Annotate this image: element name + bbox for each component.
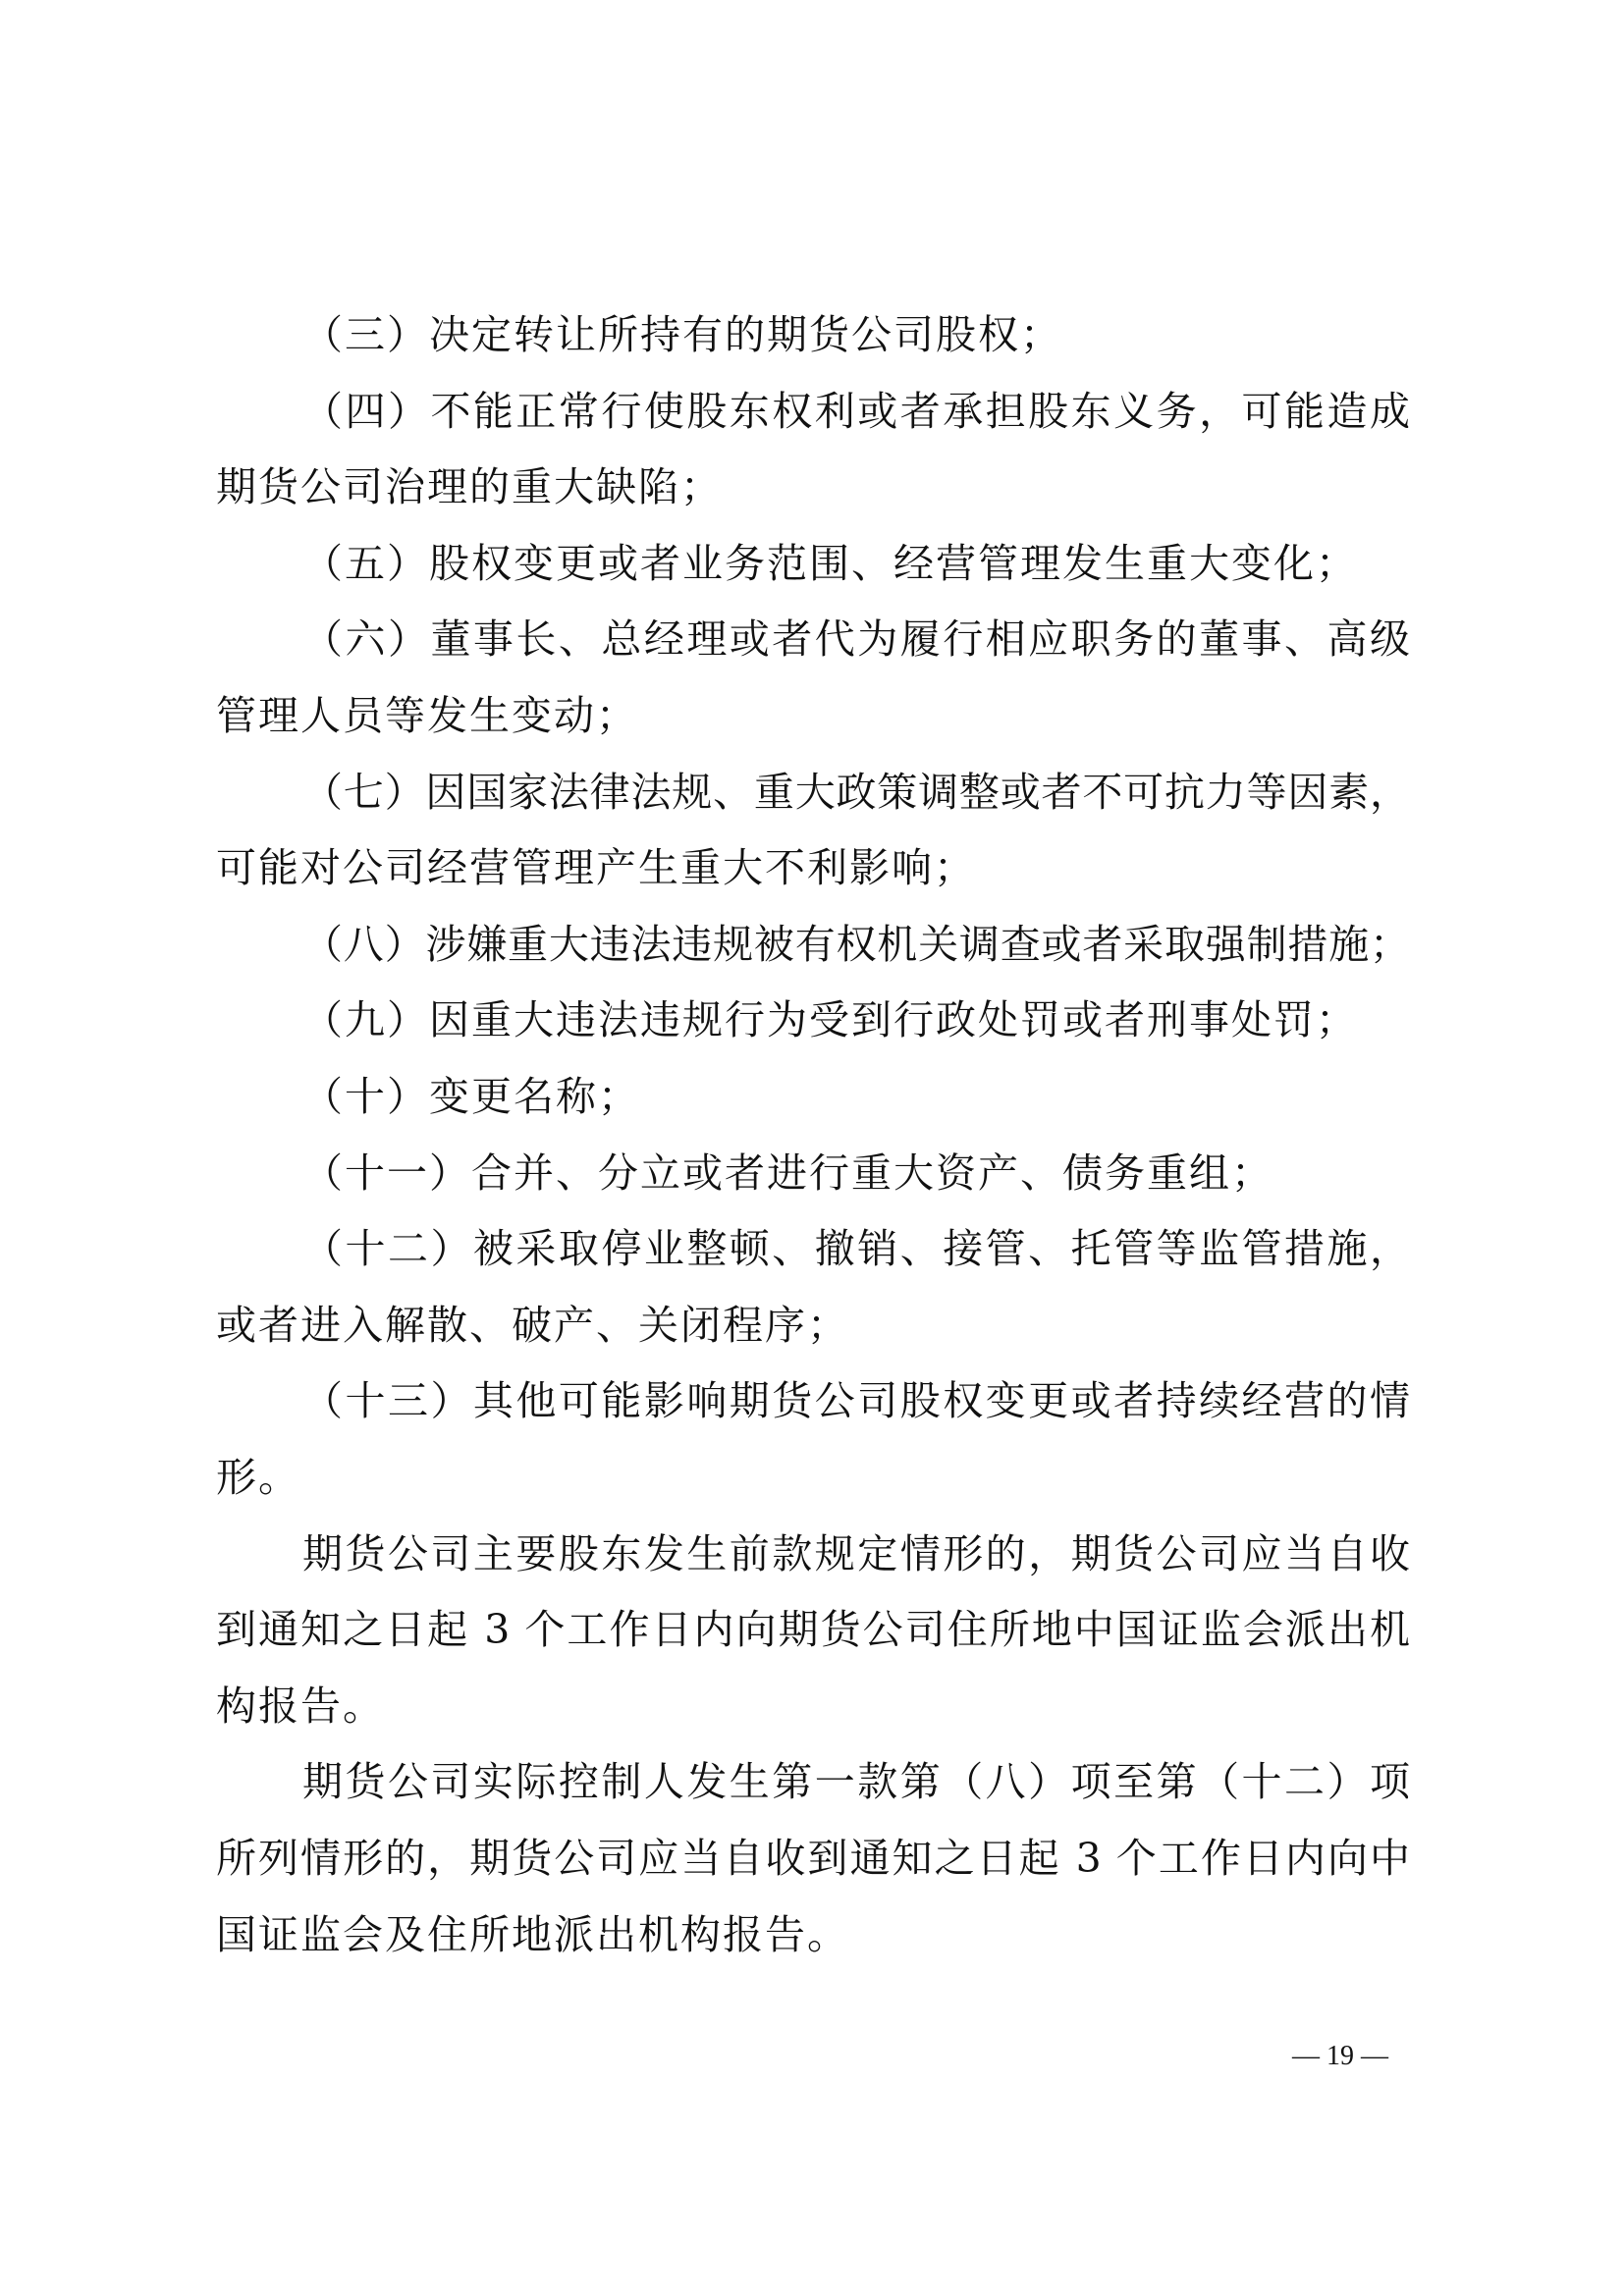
list-item-6-line-1: （六）董事长、总经理或者代为履行相应职务的董事、高级: [302, 616, 1410, 662]
list-item-3: （三）决定转让所持有的期货公司股权；: [302, 312, 1410, 357]
list-item-6-line-2: 管理人员等发生变动；: [216, 693, 1410, 738]
list-item-10: （十）变更名称；: [302, 1074, 1410, 1119]
list-item-13-line-1: （十三）其他可能影响期货公司股权变更或者持续经营的情: [302, 1378, 1410, 1423]
list-item-8: （八）涉嫌重大违法违规被有权机关调查或者采取强制措施；: [302, 922, 1410, 967]
document-page: （三）决定转让所持有的期货公司股权； （四）不能正常行使股东权利或者承担股东义务…: [0, 0, 1624, 2296]
list-item-4-line-1: （四）不能正常行使股东权利或者承担股东义务，可能造成: [302, 389, 1410, 434]
paragraph-controller-line-2: 所列情形的，期货公司应当自收到通知之日起 3 个工作日内向中: [216, 1836, 1410, 1881]
list-item-7-line-2: 可能对公司经营管理产生重大不利影响；: [216, 845, 1410, 890]
list-item-13-line-2: 形。: [216, 1455, 1410, 1500]
page-number: — 19 —: [1267, 2040, 1414, 2073]
paragraph-shareholder-line-3: 构报告。: [216, 1683, 1410, 1729]
list-item-12-line-1: （十二）被采取停业整顿、撤销、接管、托管等监管措施，: [302, 1226, 1410, 1271]
list-item-12-line-2: 或者进入解散、破产、关闭程序；: [216, 1303, 1410, 1348]
list-item-9: （九）因重大违法违规行为受到行政处罚或者刑事处罚；: [302, 997, 1410, 1042]
list-item-4-line-2: 期货公司治理的重大缺陷；: [216, 464, 1410, 509]
paragraph-controller-line-1: 期货公司实际控制人发生第一款第（八）项至第（十二）项: [302, 1759, 1410, 1804]
list-item-7-line-1: （七）因国家法律法规、重大政策调整或者不可抗力等因素，: [302, 770, 1410, 815]
paragraph-controller-line-3: 国证监会及住所地派出机构报告。: [216, 1912, 1410, 1957]
list-item-11: （十一）合并、分立或者进行重大资产、债务重组；: [302, 1150, 1410, 1196]
list-item-5: （五）股权变更或者业务范围、经营管理发生重大变化；: [302, 541, 1410, 586]
paragraph-shareholder-line-2: 到通知之日起 3 个工作日内向期货公司住所地中国证监会派出机: [216, 1607, 1410, 1652]
paragraph-shareholder-line-1: 期货公司主要股东发生前款规定情形的，期货公司应当自收: [302, 1531, 1410, 1576]
